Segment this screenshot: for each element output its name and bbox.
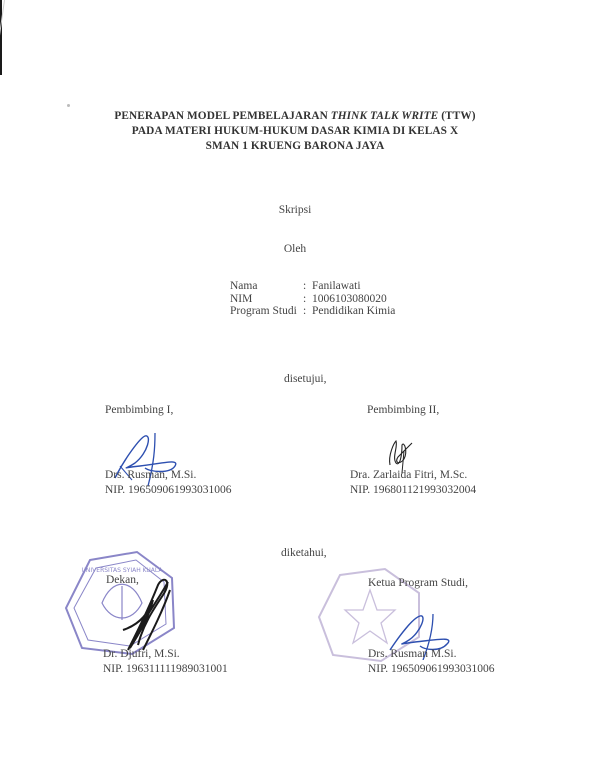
supervisor2-signature-icon	[386, 437, 416, 473]
title-line-2: PADA MATERI HUKUM-HUKUM DASAR KIMIA DI K…	[0, 124, 590, 139]
scan-speck	[67, 104, 70, 107]
supervisor2-role: Pembimbing II,	[367, 404, 439, 416]
supervisor2-name: Dra. Zarlaida Fitri, M.Sc.	[350, 469, 467, 481]
identity-row-nim: NIM : 1006103080020	[230, 293, 395, 306]
document-type: Skripsi	[0, 204, 590, 216]
supervisor1-role: Pembimbing I,	[105, 404, 173, 416]
supervisor1-name: Drs. Rusman, M.Si.	[105, 469, 196, 481]
title-line-1: PENERAPAN MODEL PEMBELAJARAN THINK TALK …	[0, 109, 590, 124]
dean-name: Dr. Djufri, M.Si.	[103, 648, 180, 660]
head-name: Drs. Rusman M.Si.	[368, 648, 457, 660]
supervisor1-nip: NIP. 196509061993031006	[105, 484, 232, 496]
by-label: Oleh	[0, 243, 590, 255]
identity-table: Nama : Fanilawati NIM : 1006103080020 Pr…	[230, 280, 395, 318]
thesis-title: PENERAPAN MODEL PEMBELAJARAN THINK TALK …	[0, 109, 590, 154]
dean-nip: NIP. 196311111989031001	[103, 663, 228, 675]
approved-label: disetujui,	[284, 373, 327, 385]
dean-role: Dekan,	[106, 574, 139, 586]
identity-row-program: Program Studi : Pendidikan Kimia	[230, 305, 395, 318]
identity-row-name: Nama : Fanilawati	[230, 280, 395, 293]
supervisor2-nip: NIP. 196801121993032004	[350, 484, 476, 496]
acknowledged-label: diketahui,	[281, 547, 327, 559]
head-role: Ketua Program Studi,	[368, 577, 468, 589]
head-nip: NIP. 196509061993031006	[368, 663, 495, 675]
title-line-3: SMAN 1 KRUENG BARONA JAYA	[0, 139, 590, 154]
